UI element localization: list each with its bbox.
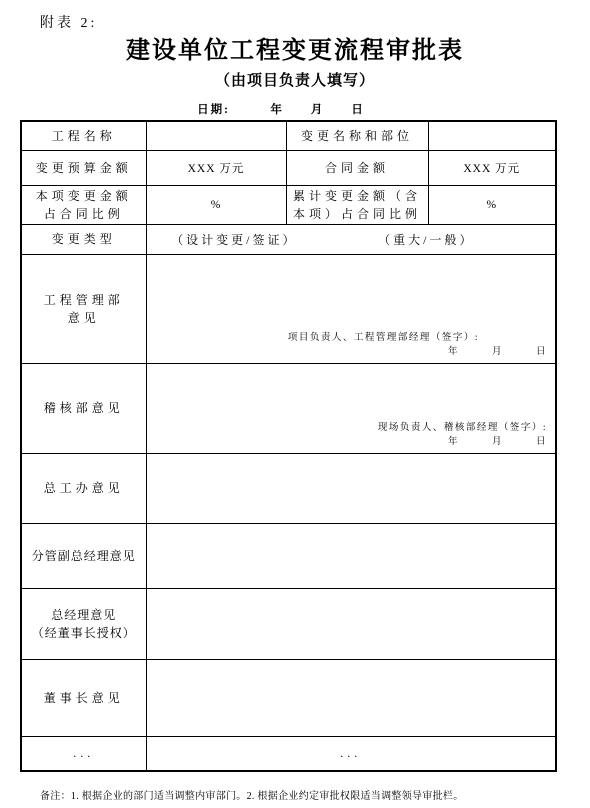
engineering-dept-sign-block: 项目负责人、工程管理部经理（签字）: 年 月 日 — [147, 332, 556, 360]
table-row-deputy-gm-opinion: 分管副总经理意见 — [21, 523, 556, 588]
ellipsis-cell: ... — [146, 736, 556, 771]
page-subtitle: （由项目负责人填写） — [0, 69, 590, 90]
value-change-budget: XXX 万元 — [146, 150, 286, 185]
table-row-engineering-dept-opinion: 工程管理部 意见 项目负责人、工程管理部经理（签字）: 年 月 日 — [21, 254, 556, 363]
label-audit-dept-opinion: 稽核部意见 — [21, 363, 146, 453]
table-row-gm-opinion: 总经理意见 （经董事长授权） — [21, 588, 556, 659]
footnote-text: 备注：1. 根据企业的部门适当调整内审部门。2. 根据企业约定审批权限适当调整领… — [40, 787, 464, 802]
chairman-opinion-cell — [146, 659, 556, 736]
label-chief-engineer-office-opinion: 总工办意见 — [21, 453, 146, 523]
table-row-amounts: 变更预算金额 XXX 万元 合同金额 XXX 万元 — [21, 150, 556, 185]
page-title: 建设单位工程变更流程审批表 — [0, 30, 590, 65]
label-ellipsis: ... — [21, 736, 146, 771]
label-deputy-gm-opinion: 分管副总经理意见 — [21, 523, 146, 588]
change-type-option-design: （设计变更/签证） — [147, 231, 323, 248]
audit-dept-opinion-cell: 现场负责人、稽核部经理（签字）: 年 月 日 — [146, 363, 556, 453]
label-current-change-ratio: 本项变更金额 占合同比例 — [21, 185, 146, 224]
engineering-dept-sign-line: 项目负责人、工程管理部经理（签字）: — [147, 332, 556, 346]
label-cumulative-change-ratio-line2: 本项）占合同比例 — [293, 207, 421, 221]
label-project-name: 工程名称 — [21, 121, 146, 150]
value-cumulative-change-ratio: % — [428, 185, 556, 224]
value-change-name-location — [428, 121, 556, 150]
table-row-ratios: 本项变更金额 占合同比例 % 累计变更金额（含 本项）占合同比例 % — [21, 185, 556, 224]
value-current-change-ratio: % — [146, 185, 286, 224]
label-engineering-dept-opinion: 工程管理部 意见 — [21, 254, 146, 363]
document-page: 附表 2: 建设单位工程变更流程审批表 （由项目负责人填写） 日期: 年 月 日… — [0, 0, 590, 808]
label-cumulative-change-ratio-line1: 累计变更金额（含 — [293, 189, 421, 203]
gm-opinion-cell — [146, 588, 556, 659]
audit-dept-sign-date: 年 月 日 — [147, 436, 556, 450]
value-project-name — [146, 121, 286, 150]
engineering-dept-opinion-cell: 项目负责人、工程管理部经理（签字）: 年 月 日 — [146, 254, 556, 363]
deputy-gm-opinion-cell — [146, 523, 556, 588]
label-current-change-ratio-line1: 本项变更金额 — [36, 189, 132, 203]
value-change-type: （设计变更/签证） （重大/一般） — [146, 224, 556, 254]
chief-engineer-office-opinion-cell — [146, 453, 556, 523]
label-gm-opinion-line1: 总经理意见 — [51, 608, 116, 622]
form-tag: 附表 2: — [40, 12, 97, 32]
table-row-change-type: 变更类型 （设计变更/签证） （重大/一般） — [21, 224, 556, 254]
label-cumulative-change-ratio: 累计变更金额（含 本项）占合同比例 — [286, 185, 428, 224]
label-gm-opinion-line2: （经董事长授权） — [32, 626, 136, 640]
table-row-chief-engineer-office-opinion: 总工办意见 — [21, 453, 556, 523]
label-current-change-ratio-line2: 占合同比例 — [44, 207, 124, 221]
value-contract-amount: XXX 万元 — [428, 150, 556, 185]
table-row-project-info: 工程名称 变更名称和部位 — [21, 121, 556, 150]
table-row-ellipsis: ... ... — [21, 736, 556, 771]
label-change-budget: 变更预算金额 — [21, 150, 146, 185]
engineering-dept-sign-date: 年 月 日 — [147, 346, 556, 360]
audit-dept-sign-block: 现场负责人、稽核部经理（签字）: 年 月 日 — [147, 422, 556, 450]
label-gm-opinion: 总经理意见 （经董事长授权） — [21, 588, 146, 659]
date-line: 日期: 年 月 日 — [0, 100, 590, 118]
label-change-name-location: 变更名称和部位 — [286, 121, 428, 150]
label-change-type: 变更类型 — [21, 224, 146, 254]
label-engineering-dept-line1: 工程管理部 — [44, 293, 124, 307]
change-type-option-severity: （重大/一般） — [322, 231, 530, 248]
change-type-options: （设计变更/签证） （重大/一般） — [147, 231, 556, 248]
date-line-text: 日期: 年 月 日 — [197, 104, 365, 116]
audit-dept-sign-line: 现场负责人、稽核部经理（签字）: — [147, 422, 556, 436]
approval-table: 工程名称 变更名称和部位 变更预算金额 XXX 万元 合同金额 XXX 万元 本… — [20, 120, 557, 772]
label-contract-amount: 合同金额 — [286, 150, 428, 185]
label-engineering-dept-line2: 意见 — [68, 311, 100, 325]
label-chairman-opinion: 董事长意见 — [21, 659, 146, 736]
table-row-audit-dept-opinion: 稽核部意见 现场负责人、稽核部经理（签字）: 年 月 日 — [21, 363, 556, 453]
table-row-chairman-opinion: 董事长意见 — [21, 659, 556, 736]
